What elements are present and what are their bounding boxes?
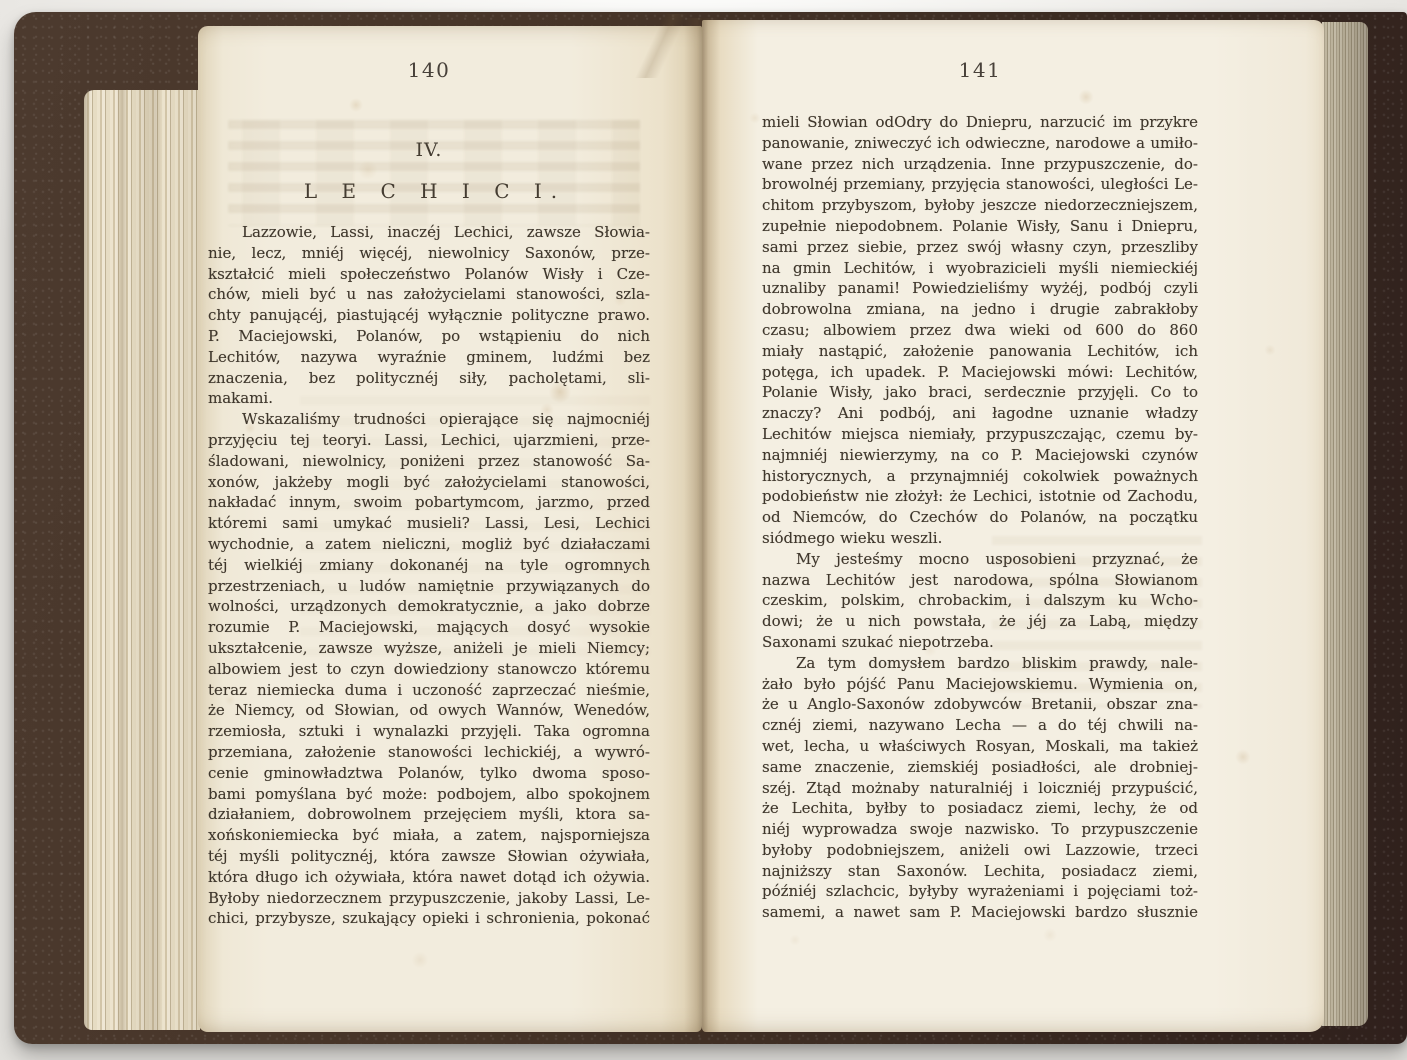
text-line: czasu; albowiem przez dwa wieki od 600 d… [762, 320, 1198, 341]
text-line: działaniem, dobrowolnem przejęciem myśli… [208, 804, 650, 825]
text-line: ukształcenie, zawsze wyższe, aniżeli je … [208, 638, 650, 659]
text-line: makami. [208, 388, 650, 409]
right-page-number: 141 [762, 58, 1198, 82]
text-line: uznaliby panami! Powiedzieliśmy wyżéj, p… [762, 278, 1198, 299]
gutter-shadow [684, 18, 720, 1032]
text-line: Lechitów miejsca niemiały, przypuszczają… [762, 424, 1198, 445]
text-line: téj myśli politycznéj, która zawsze Słow… [208, 846, 650, 867]
text-line: żało było pójść Panu Maciejowskiemu. Wym… [762, 674, 1198, 695]
text-line: wychodnie, a zatem nieliczni, mogliż być… [208, 534, 650, 555]
text-line: siódmego wieku weszli. [762, 528, 1198, 549]
text-line: późniéj szlachcic, byłyby wyrażeniami i … [762, 881, 1198, 902]
text-line: My jesteśmy mocno usposobieni przyznać, … [762, 549, 1198, 570]
text-line: która długo ich ożywiała, która nawet do… [208, 867, 650, 888]
text-line: samemi, a nawet sam P. Maciejowski bardz… [762, 902, 1198, 923]
text-line: Lazzowie, Lassi, inaczéj Lechici, zawsze… [208, 222, 650, 243]
left-page-text-column: Lazzowie, Lassi, inaczéj Lechici, zawsze… [208, 222, 650, 929]
text-line: Saxonami szukać niepotrzeba. [762, 632, 1198, 653]
right-page-text-column: mieli Słowian odOdry do Dniepru, narzuci… [762, 112, 1198, 923]
text-line: cznéj ziemi, nazywano Lecha — a do téj c… [762, 715, 1198, 736]
text-line: albowiem jest to czyn dowiedziony stanow… [208, 659, 650, 680]
text-line: że Lechita, byłby to posiadacz ziemi, le… [762, 798, 1198, 819]
text-line: same znaczenie, ziemskiéj posiadłości, a… [762, 757, 1198, 778]
text-line: chty panującéj, piastującéj wyłącznie po… [208, 305, 650, 326]
text-line: dobrowolna zmiana, na jedno i drugie zab… [762, 299, 1198, 320]
text-line: miały nastąpić, założenie panowania Lech… [762, 341, 1198, 362]
text-line: chów, mieli być u nas założycielami stan… [208, 284, 650, 305]
text-line: znaczy? Ani podbój, ani łagodne uznanie … [762, 403, 1198, 424]
text-line: byłoby podobniejszem, aniżeli owi Lazzow… [762, 840, 1198, 861]
text-line: nie, lecz, mniéj więcéj, niewolnicy Saxo… [208, 243, 650, 264]
text-line: przestrzeniach, u ludów namiętnie przywi… [208, 576, 650, 597]
text-line: potęga, ich upadek. P. Maciejowski mówi:… [762, 362, 1198, 383]
left-page-edges [84, 90, 200, 1030]
left-page-number: 140 [208, 58, 650, 82]
text-line: Byłoby niedorzecznem przypuszczenie, jak… [208, 888, 650, 909]
text-line: śladowani, niewolnicy, poniżeni przez st… [208, 451, 650, 472]
text-line: sami przez siebie, przez swój własny czy… [762, 237, 1198, 258]
text-line: panowanie, zniweczyć ich odwieczne, naro… [762, 133, 1198, 154]
text-line: mieli Słowian odOdry do Dniepru, narzuci… [762, 112, 1198, 133]
text-line: cenie gminowładztwa Polanów, tylko dwoma… [208, 763, 650, 784]
text-line: nakładać innym, swoim pobartymcom, jarzm… [208, 492, 650, 513]
text-line: historycznych, a przynajmniéj cokolwiek … [762, 466, 1198, 487]
text-line: rozumie P. Maciejowski, mających dosyć w… [208, 617, 650, 638]
text-line: xońskoniemiecka być miała, a zatem, najs… [208, 825, 650, 846]
text-line: od Niemców, do Czechów do Polanów, na po… [762, 507, 1198, 528]
book-photo: { "book": { "colors": { "cover_brown": "… [0, 0, 1407, 1060]
text-line: Polanie Wisły, jako braci, serdecznie pr… [762, 382, 1198, 403]
text-line: Wskazaliśmy trudności opierające się naj… [208, 409, 650, 430]
text-line: browolnéj przemiany, przyjęcia stanowośc… [762, 174, 1198, 195]
text-line: wet, lecha, u właściwych Rosyan, Moskali… [762, 736, 1198, 757]
right-page-edges [1322, 22, 1368, 1026]
text-line: przyjęciu tej teoryi. Lassi, Lechici, uj… [208, 430, 650, 451]
text-line: znaczenia, bez politycznéj siły, pacholę… [208, 368, 650, 389]
text-line: wane przez nich urządzenia. Inne przypus… [762, 154, 1198, 175]
text-line: kształcić mieli społeczeństwo Polanów Wi… [208, 264, 650, 285]
text-line: że Niemcy, od Słowian, od owych Wannów, … [208, 700, 650, 721]
text-line: rzemiosła, sztuki i wynalazki przyjęli. … [208, 721, 650, 742]
text-line: chitom przybyszom, byłoby jeszcze niedor… [762, 195, 1198, 216]
text-line: zupełnie niepodobnem. Polanie Wisły, San… [762, 216, 1198, 237]
text-line: przemiana, założenie stanowości lechicki… [208, 742, 650, 763]
text-line: na gmin Lechitów, i wyobrazicieli myśli … [762, 258, 1198, 279]
text-line: Za tym domysłem bardzo bliskim prawdy, n… [762, 653, 1198, 674]
text-line: czeskim, polskim, chrobackim, i dalszym … [762, 590, 1198, 611]
text-line: P. Maciejowski, Polanów, po wstąpieniu d… [208, 326, 650, 347]
text-line: że u Anglo-Saxonów zdobywców Bretanii, o… [762, 694, 1198, 715]
text-line: wolności, urządzonych demokratycznie, a … [208, 596, 650, 617]
text-line: bami pomyślana być może: podbojem, albo … [208, 784, 650, 805]
text-line: chici, przybysze, szukający opieki i sch… [208, 908, 650, 929]
text-line: dowi; że u nich powstała, że jéj za Labą… [762, 611, 1198, 632]
text-line: niéj wyprowadza swoje nazwisko. To przyp… [762, 819, 1198, 840]
text-line: któremi sami umykać musieli? Lassi, Lesi… [208, 513, 650, 534]
text-line: teraz niemiecka duma i uczoność zaprzecz… [208, 680, 650, 701]
chapter-number: IV. [208, 139, 650, 161]
text-line: széj. Ztąd możnaby naturalniéj i loiczni… [762, 778, 1198, 799]
chapter-title: L E C H I C I. [214, 179, 656, 203]
text-line: podobieństw nie złożył: że Lechici, isto… [762, 486, 1198, 507]
text-line: nazwa Lechitów jest narodowa, spólna Sło… [762, 570, 1198, 591]
text-line: najniższy stan Saxonów. Lechita, posiada… [762, 861, 1198, 882]
text-line: téj wielkiéj zmiany dokonanéj na tyle og… [208, 555, 650, 576]
text-line: xonów, jakżeby mogli być założycielami s… [208, 472, 650, 493]
text-line: Lechitów, nazywa wyraźnie gminem, ludźmi… [208, 347, 650, 368]
text-line: najmniéj niewierzymy, na co P. Maciejows… [762, 445, 1198, 466]
